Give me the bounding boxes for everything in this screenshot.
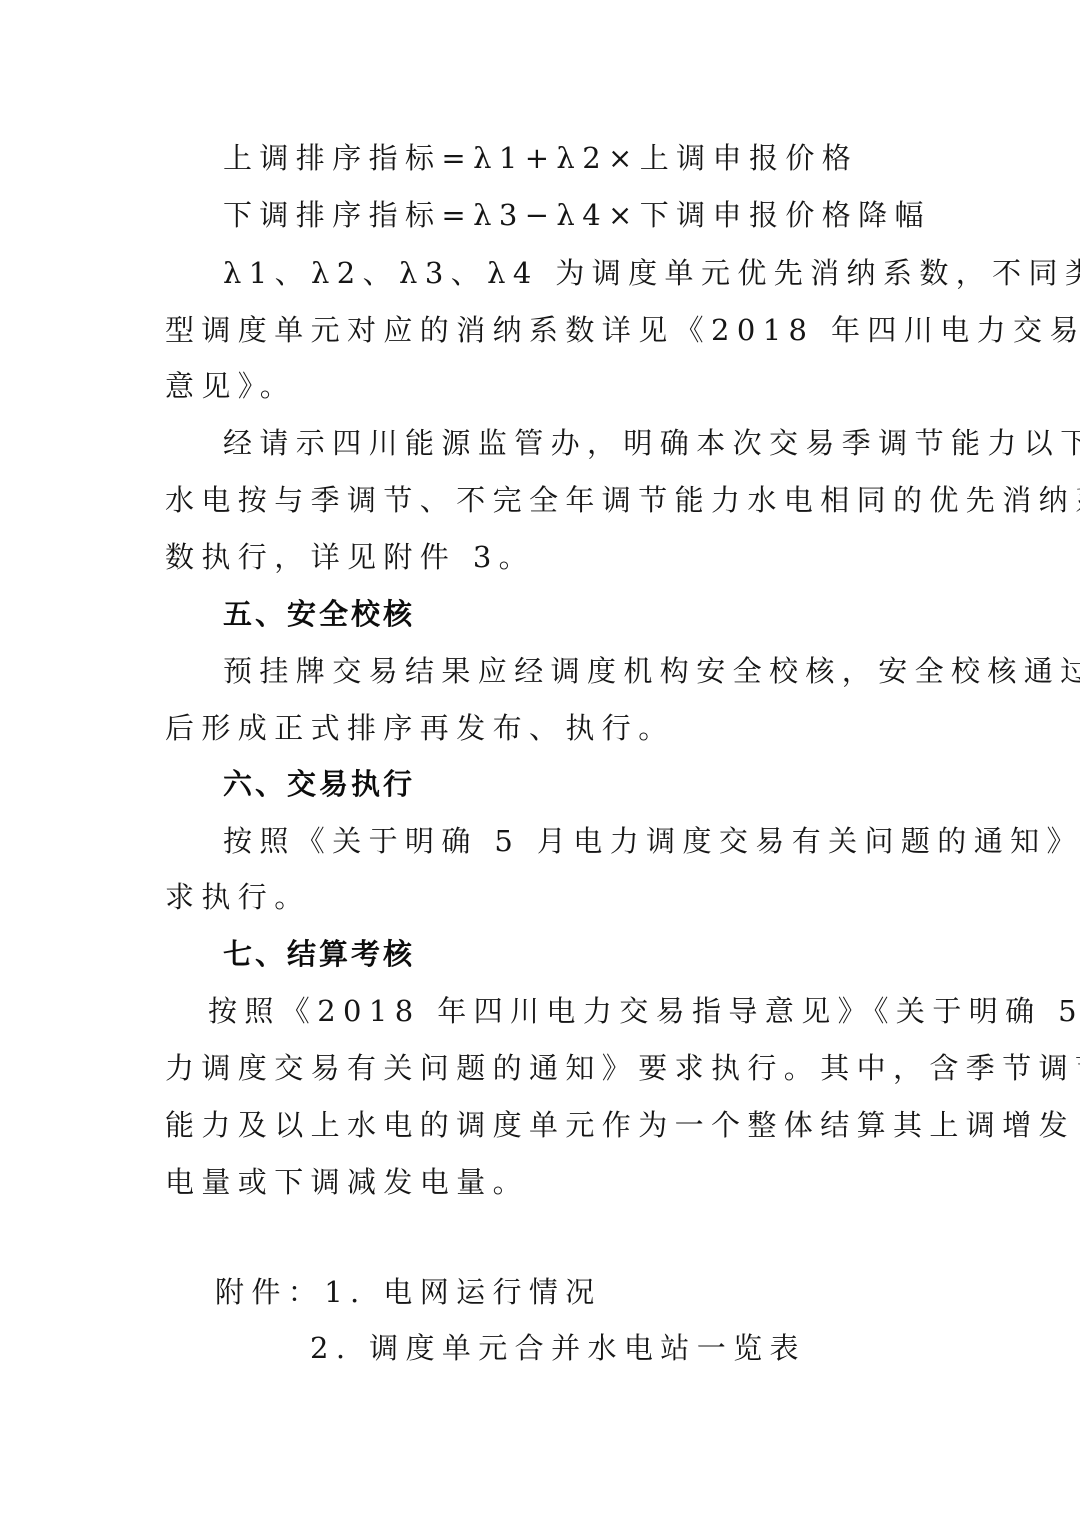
paragraph-line: 按照《2018 年四川电力交易指导意见》《关于明确 5 月电 bbox=[208, 991, 1080, 1031]
paragraph-line: 后形成正式排序再发布、执行。 bbox=[165, 708, 675, 748]
attachments-list: 附件：1. 电网运行情况 bbox=[215, 1272, 602, 1312]
paragraph-line: 预挂牌交易结果应经调度机构安全校核，安全校核通过 bbox=[223, 651, 1080, 691]
section-heading-settlement: 七、结算考核 bbox=[223, 934, 415, 974]
section-heading-safety-check: 五、安全校核 bbox=[223, 594, 415, 634]
paragraph-line: 型调度单元对应的消纳系数详见《2018 年四川电力交易指导 bbox=[165, 310, 1080, 350]
paragraph-line: λ1、λ2、λ3、λ4 为调度单元优先消纳系数，不同类 bbox=[223, 253, 1080, 293]
paragraph-line: 求执行。 bbox=[165, 877, 311, 917]
section-heading-trade-execution: 六、交易执行 bbox=[223, 764, 415, 804]
paragraph-line: 能力及以上水电的调度单元作为一个整体结算其上调增发 bbox=[165, 1105, 1075, 1145]
paragraph-line: 按照《关于明确 5 月电力调度交易有关问题的通知》要 bbox=[223, 821, 1080, 861]
formula-down: 下调排序指标=λ3−λ4×下调申报价格降幅 bbox=[223, 195, 931, 235]
paragraph-line: 数执行，详见附件 3。 bbox=[165, 537, 535, 577]
paragraph-line: 水电按与季调节、不完全年调节能力水电相同的优先消纳系 bbox=[165, 480, 1080, 520]
attachment-item: 1. 电网运行情况 bbox=[324, 1275, 602, 1309]
attachments-label: 附件： bbox=[215, 1275, 324, 1309]
paragraph-line: 经请示四川能源监管办，明确本次交易季调节能力以下 bbox=[223, 423, 1080, 463]
paragraph-line: 力调度交易有关问题的通知》要求执行。其中，含季节调节 bbox=[165, 1048, 1080, 1088]
paragraph-line: 电量或下调减发电量。 bbox=[165, 1162, 529, 1202]
formula-up: 上调排序指标=λ1+λ2×上调申报价格 bbox=[223, 138, 858, 178]
paragraph-line: 意见》。 bbox=[165, 366, 296, 406]
attachment-item: 2. 调度单元合并水电站一览表 bbox=[310, 1328, 806, 1368]
